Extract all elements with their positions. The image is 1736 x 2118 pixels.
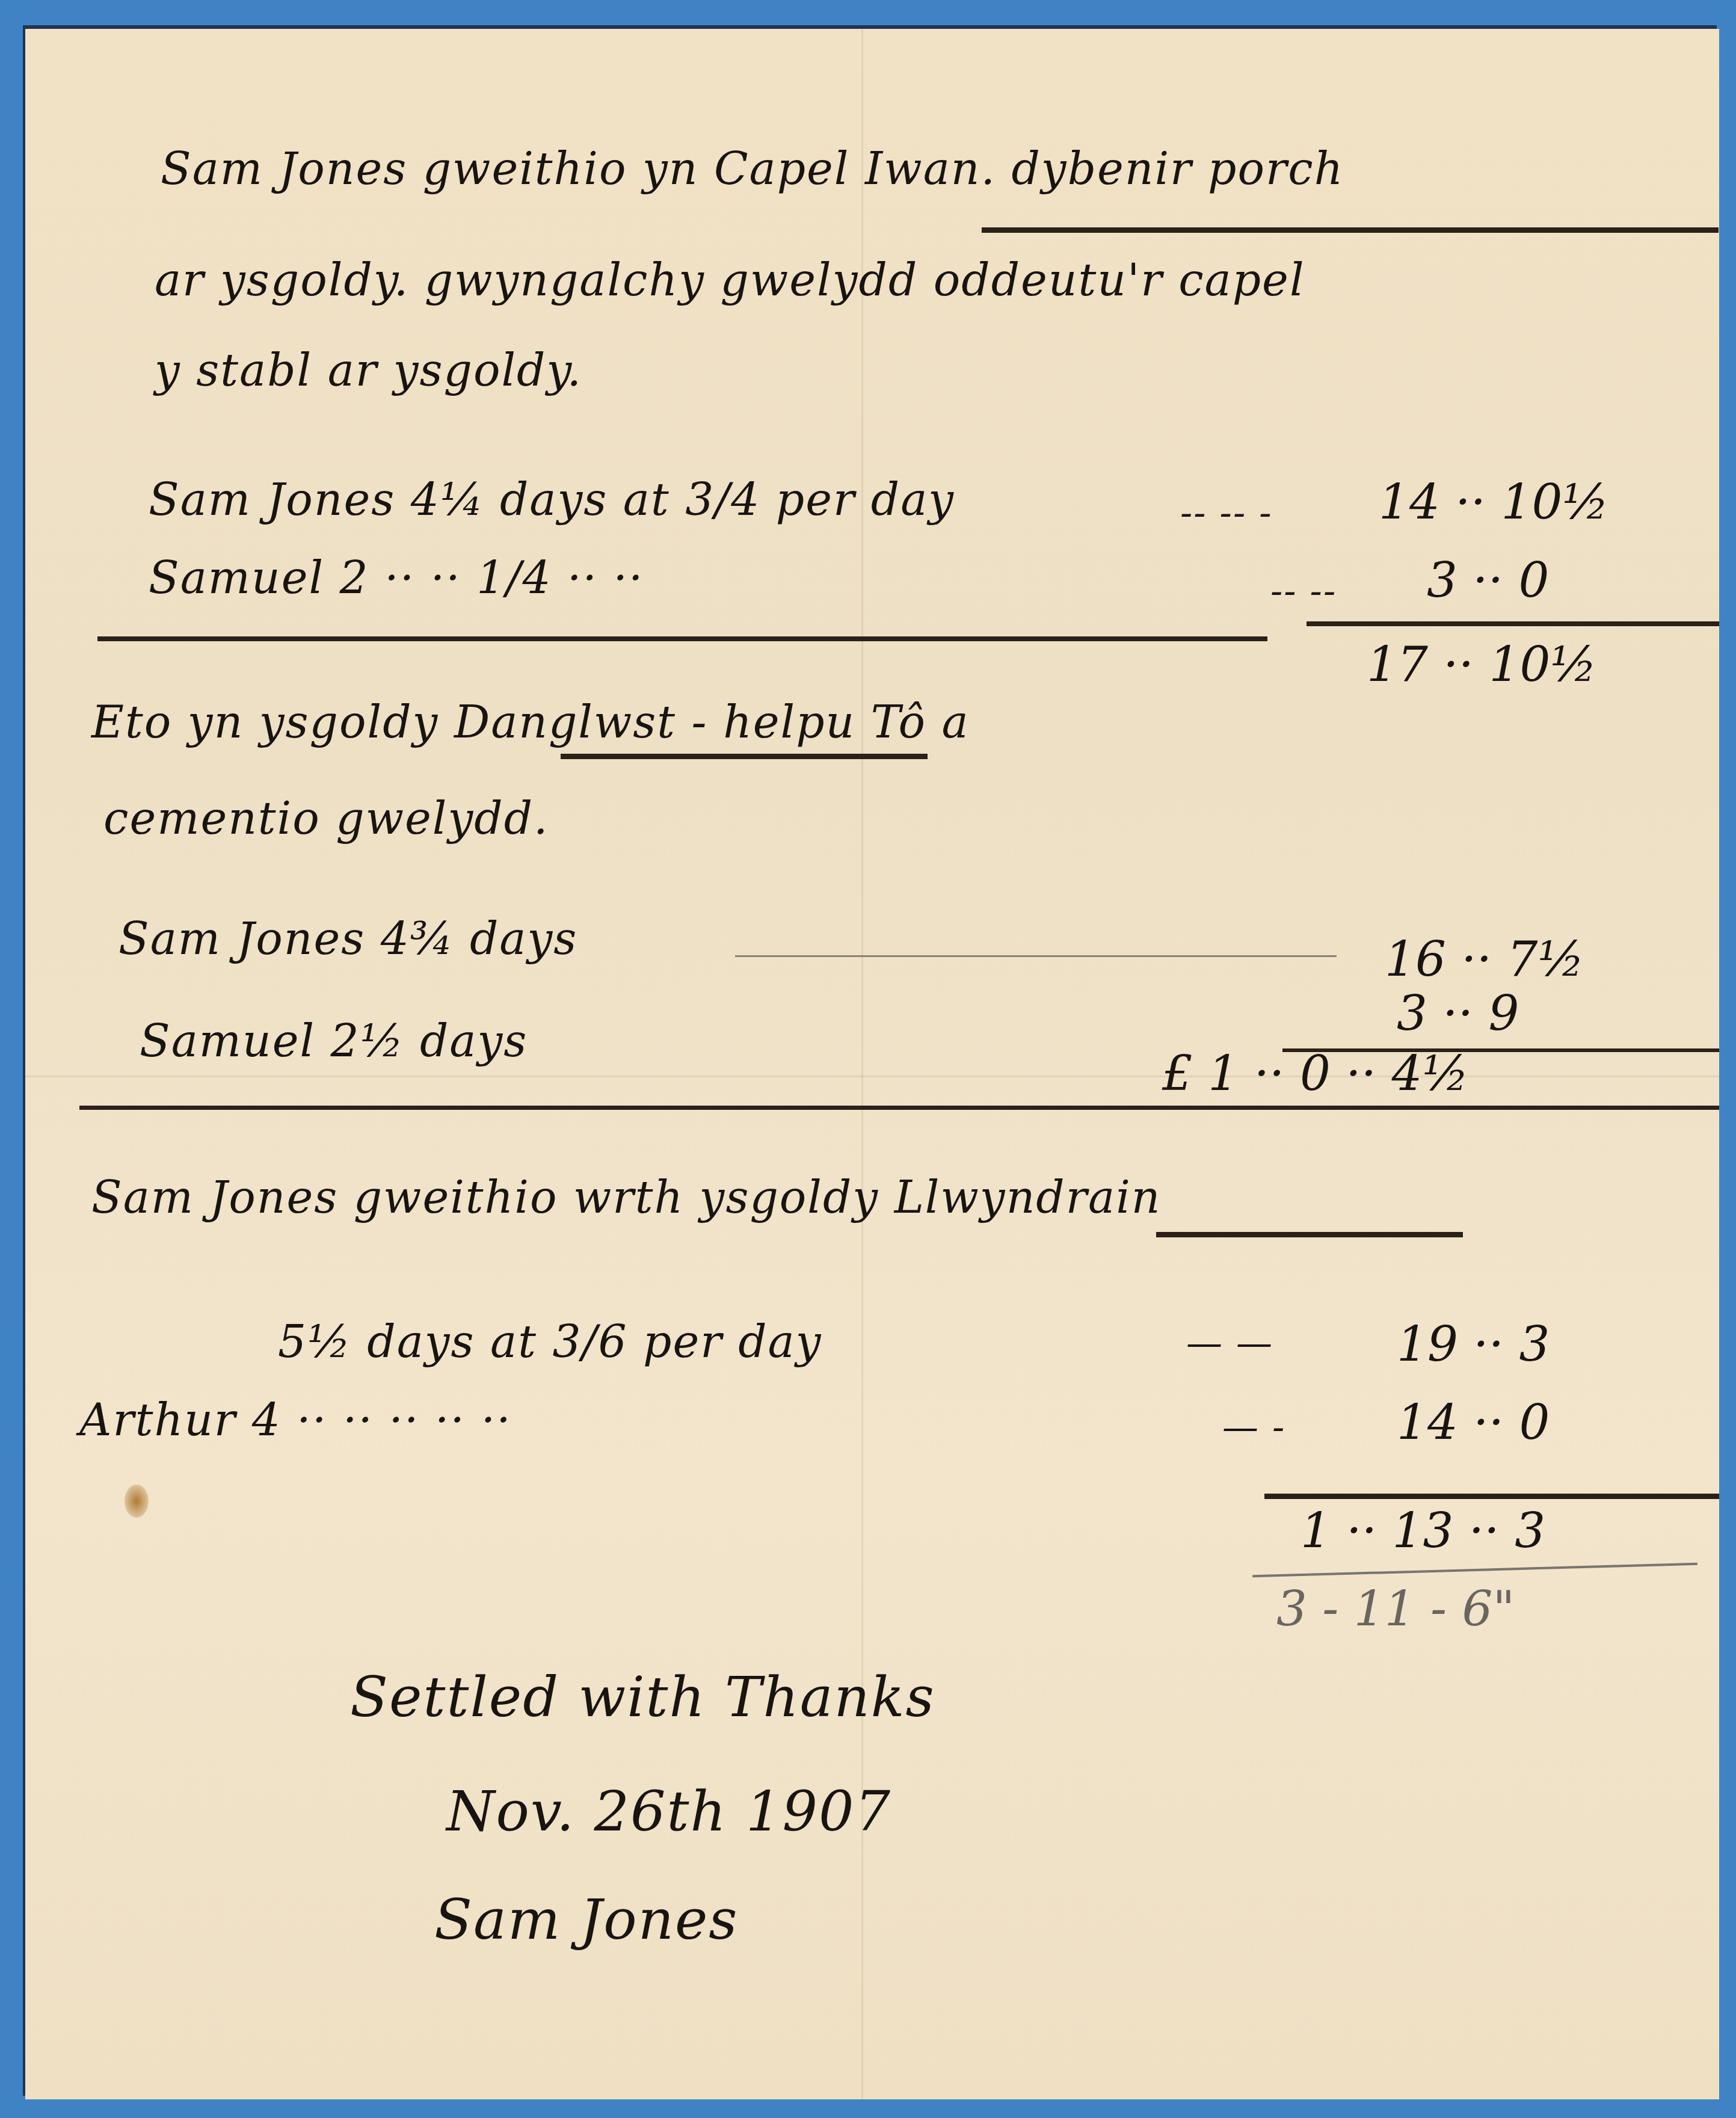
section2-line1: Eto yn ysgoldy Danglwst - helpu Tô a	[91, 697, 970, 748]
signature: Sam Jones	[434, 1888, 739, 1952]
ink-stain	[125, 1485, 149, 1518]
section3-entry2-label: Arthur 4 ·· ·· ·· ·· ··	[79, 1394, 512, 1446]
section3-entry1-label: 5½ days at 3/6 per day	[278, 1316, 822, 1368]
section2-line2: cementio gwelydd.	[103, 793, 549, 845]
section1-line3: y stabl ar ysgoldy.	[155, 345, 582, 396]
section2-entry1-amount: 16 ·· 7½	[1385, 931, 1584, 987]
section2-entry1-leader-line	[735, 955, 1337, 957]
section1-divider	[97, 636, 1267, 641]
section1-line1-text: Sam Jones gweithio yn Capel Iwan. dybeni…	[161, 143, 1344, 195]
section1-entry2-label: Samuel 2 ·· ·· 1/4 ·· ··	[149, 552, 644, 604]
section1-underline	[982, 227, 1719, 233]
section2-subtotal: £ 1 ·· 0 ·· 4½	[1162, 1045, 1469, 1101]
section2-entry1-label: Sam Jones 4¾ days	[119, 913, 577, 965]
section2-entry2-label: Samuel 2½ days	[140, 1015, 528, 1067]
paper-sheet: Sam Jones gweithio yn Capel Iwan. dybeni…	[25, 29, 1719, 2099]
section3-subtotal: 1 ·· 13 ·· 3	[1300, 1503, 1545, 1559]
section3-entry2-leader: — -	[1222, 1406, 1285, 1448]
section1-entry2-leader: -- --	[1270, 570, 1337, 612]
section1-entry1-label: Sam Jones 4¼ days at 3/4 per day	[149, 474, 955, 526]
section2-entry2-amount: 3 ·· 9	[1397, 985, 1519, 1041]
section2-underline	[561, 754, 928, 759]
section1-entry2-amount: 3 ·· 0	[1427, 552, 1550, 608]
section3-entry1-leader: — —	[1186, 1322, 1273, 1364]
section1-sum-rule	[1307, 621, 1719, 626]
section3-line1: Sam Jones gweithio wrth ysgoldy Llwyndra…	[91, 1172, 1161, 1224]
section1-entry1-leader: -- -- -	[1180, 492, 1273, 534]
settled-date: Nov. 26th 1907	[446, 1779, 891, 1844]
section3-entry2-amount: 14 ·· 0	[1397, 1394, 1550, 1450]
section3-pencil-rule	[1252, 1563, 1698, 1578]
section3-sum-rule	[1264, 1494, 1719, 1499]
section3-entry1-amount: 19 ·· 3	[1397, 1316, 1550, 1372]
section1-subtotal: 17 ·· 10½	[1367, 636, 1597, 692]
section1-entry1-amount: 14 ·· 10½	[1379, 474, 1609, 530]
section3-underline	[1156, 1232, 1463, 1237]
grand-total-pencil: 3 - 11 - 6"	[1276, 1581, 1515, 1637]
section1-line2: ar ysgoldy. gwyngalchy gwelydd oddeutu'r…	[155, 254, 1305, 306]
settled-note: Settled with Thanks	[350, 1665, 935, 1729]
section1-line1: Sam Jones gweithio yn Capel Iwan. dybeni…	[161, 143, 1344, 195]
section2-divider	[79, 1106, 1719, 1110]
